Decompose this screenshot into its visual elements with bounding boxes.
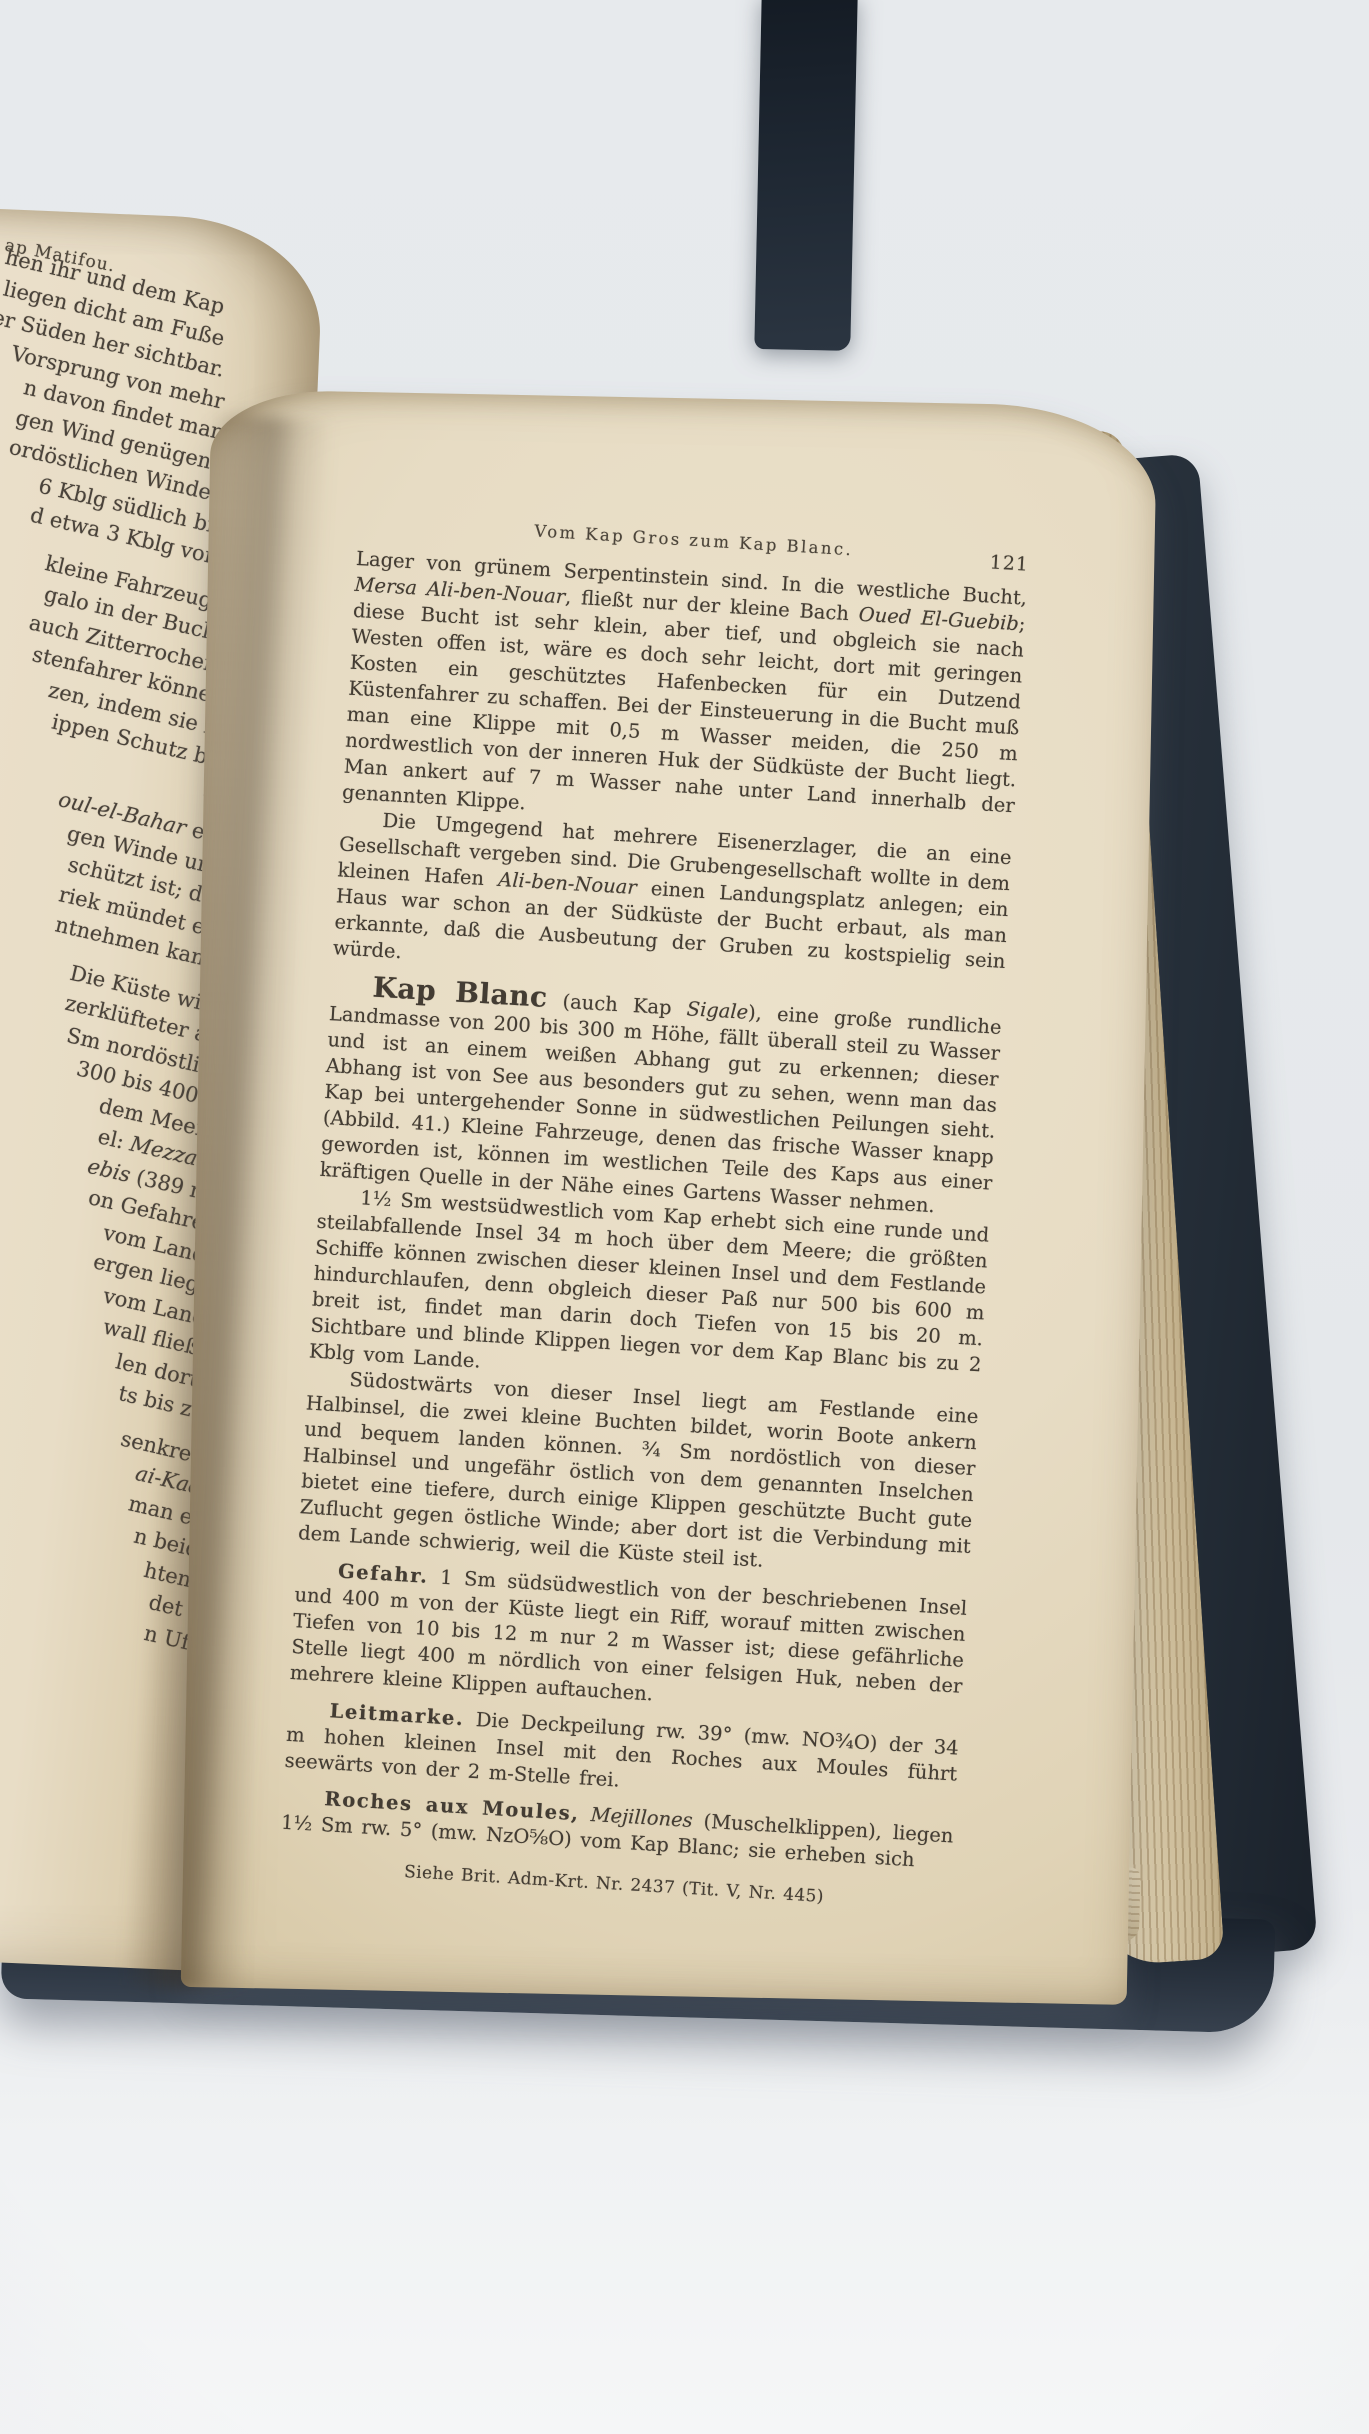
body-text: ; diese Bucht ist sehr klein, aber tief,… xyxy=(342,599,1027,818)
left-page-paragraph: kleine Fahrzeugegalo in der Buchtauch Zi… xyxy=(0,589,224,810)
body-text: 1 Sm südsüdwestlich von der beschriebene… xyxy=(289,1565,967,1705)
paragraph: Südostwärts von dieser Insel liegt am Fe… xyxy=(297,1364,979,1586)
left-page-paragraph: hen ihr und dem Kap, liegen dicht am Fuß… xyxy=(0,292,224,576)
right-page-text-block: Vom Kap Gros zum Kap Blanc. 121 Lager vo… xyxy=(278,508,1030,1917)
body-text: Südostwärts von dieser Insel liegt am Fe… xyxy=(298,1368,979,1572)
left-page-paragraph: Die Küste wirdzerklüfteter alsSm nordöst… xyxy=(0,993,224,1434)
body-text: einen Landungsplatz anlegen; ein Haus wa… xyxy=(332,876,1009,973)
paragraph: Lager von grünem Serpentinstein sind. In… xyxy=(341,546,1027,845)
paragraph: Gefahr. 1 Sm südsüdwestlich von der besc… xyxy=(289,1556,968,1726)
body-text: ), eine große rundliche Landmasse von 20… xyxy=(319,1001,1002,1217)
right-page: Vom Kap Gros zum Kap Blanc. 121 Lager vo… xyxy=(181,389,1158,2005)
book-photo: ap Matifou. hen ihr und dem Kap, liegen … xyxy=(0,0,1369,2434)
paragraph: Kap Blanc (auch Kap Sigale), eine große … xyxy=(319,971,1002,1222)
right-page-paragraphs: Lager von grünem Serpentinstein sind. In… xyxy=(280,546,1027,1876)
page-number: 121 xyxy=(989,549,1030,577)
bold-lead: Gefahr. xyxy=(337,1560,429,1588)
italic-text: Sigale xyxy=(686,997,749,1024)
italic-text: Mejillones xyxy=(590,1803,693,1832)
book-cover-top-edge xyxy=(754,0,857,351)
running-title: Vom Kap Gros zum Kap Blanc. xyxy=(534,521,854,559)
